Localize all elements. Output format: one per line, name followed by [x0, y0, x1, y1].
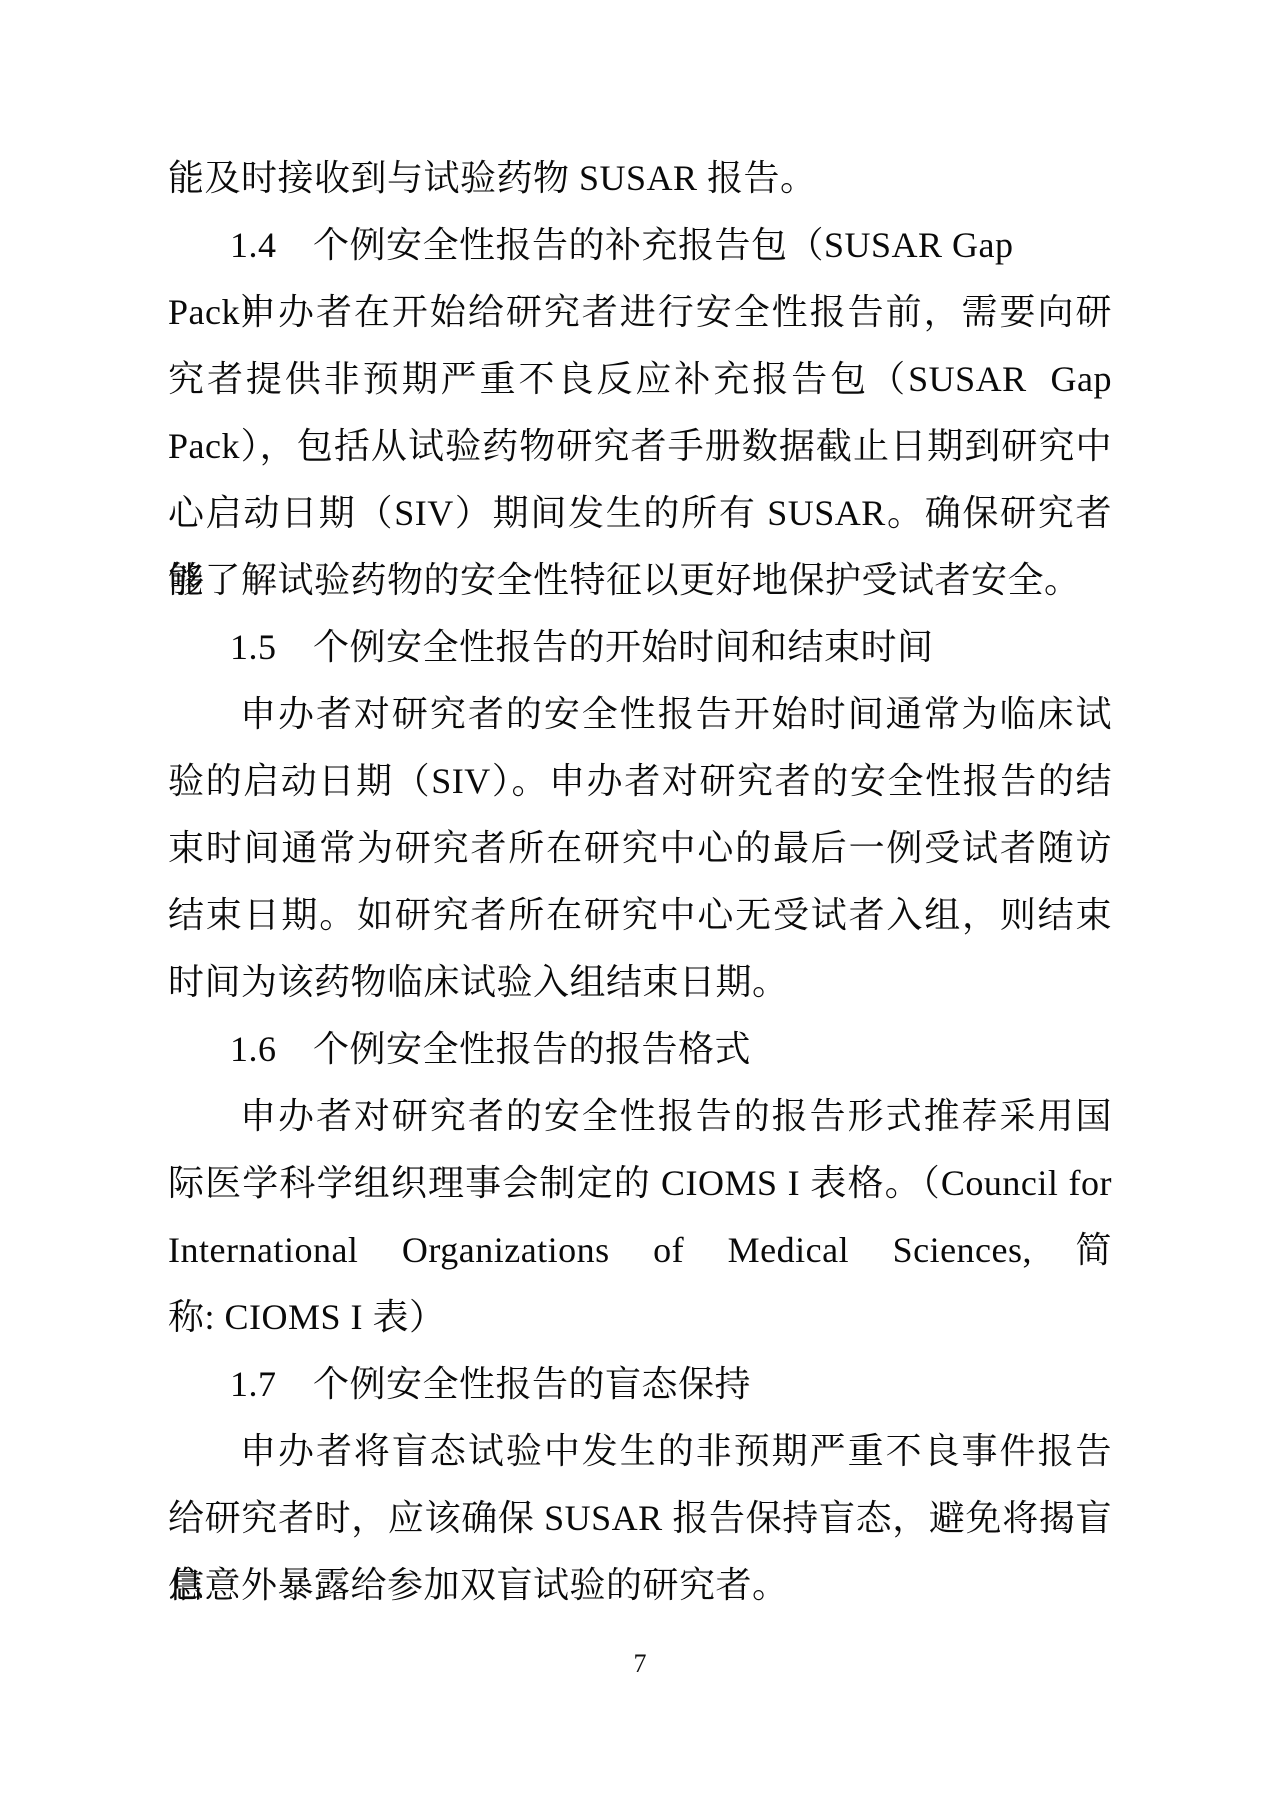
text-line: 申办者对研究者的安全性报告的报告形式推荐采用国 [168, 1083, 1112, 1150]
text-line: 申办者将盲态试验中发生的非预期严重不良事件报告 [168, 1418, 1112, 1485]
text-block: 能及时接收到与试验药物 SUSAR 报告。1.4 个例安全性报告的补充报告包（S… [168, 145, 1112, 1619]
page-number: 7 [634, 1649, 647, 1678]
text-line: International Organizations of Medical S… [168, 1217, 1112, 1284]
text-line: 际医学科学组织理事会制定的 CIOMS I 表格。（Council for [168, 1150, 1112, 1217]
document-page: 能及时接收到与试验药物 SUSAR 报告。1.4 个例安全性报告的补充报告包（S… [0, 0, 1280, 1810]
text-line: 结束日期。如研究者所在研究中心无受试者入组，则结束 [168, 882, 1112, 949]
text-line: 申办者对研究者的安全性报告开始时间通常为临床试 [168, 681, 1112, 748]
text-line: 称: CIOMS I 表） [168, 1284, 1112, 1351]
text-line: 束时间通常为研究者所在研究中心的最后一例受试者随访 [168, 815, 1112, 882]
text-line: 够了解试验药物的安全性特征以更好地保护受试者安全。 [168, 547, 1112, 614]
text-line: 能及时接收到与试验药物 SUSAR 报告。 [168, 145, 1112, 212]
text-line: Pack），包括从试验药物研究者手册数据截止日期到研究中 [168, 413, 1112, 480]
text-line: 时间为该药物临床试验入组结束日期。 [168, 949, 1112, 1016]
text-line: 验的启动日期（SIV）。申办者对研究者的安全性报告的结 [168, 748, 1112, 815]
text-line: 究者提供非预期严重不良反应补充报告包（SUSAR Gap [168, 346, 1112, 413]
text-line: 1.4 个例安全性报告的补充报告包（SUSAR Gap Pack） [168, 212, 1112, 279]
text-line: 1.7 个例安全性报告的盲态保持 [168, 1351, 1112, 1418]
text-line: 心启动日期（SIV）期间发生的所有 SUSAR。确保研究者能 [168, 480, 1112, 547]
text-line: 申办者在开始给研究者进行安全性报告前，需要向研 [168, 279, 1112, 346]
text-line: 1.5 个例安全性报告的开始时间和结束时间 [168, 614, 1112, 681]
page-footer: 7 [0, 1646, 1280, 1682]
text-line: 息意外暴露给参加双盲试验的研究者。 [168, 1552, 1112, 1619]
text-line: 给研究者时，应该确保 SUSAR 报告保持盲态，避免将揭盲信 [168, 1485, 1112, 1552]
text-line: 1.6 个例安全性报告的报告格式 [168, 1016, 1112, 1083]
